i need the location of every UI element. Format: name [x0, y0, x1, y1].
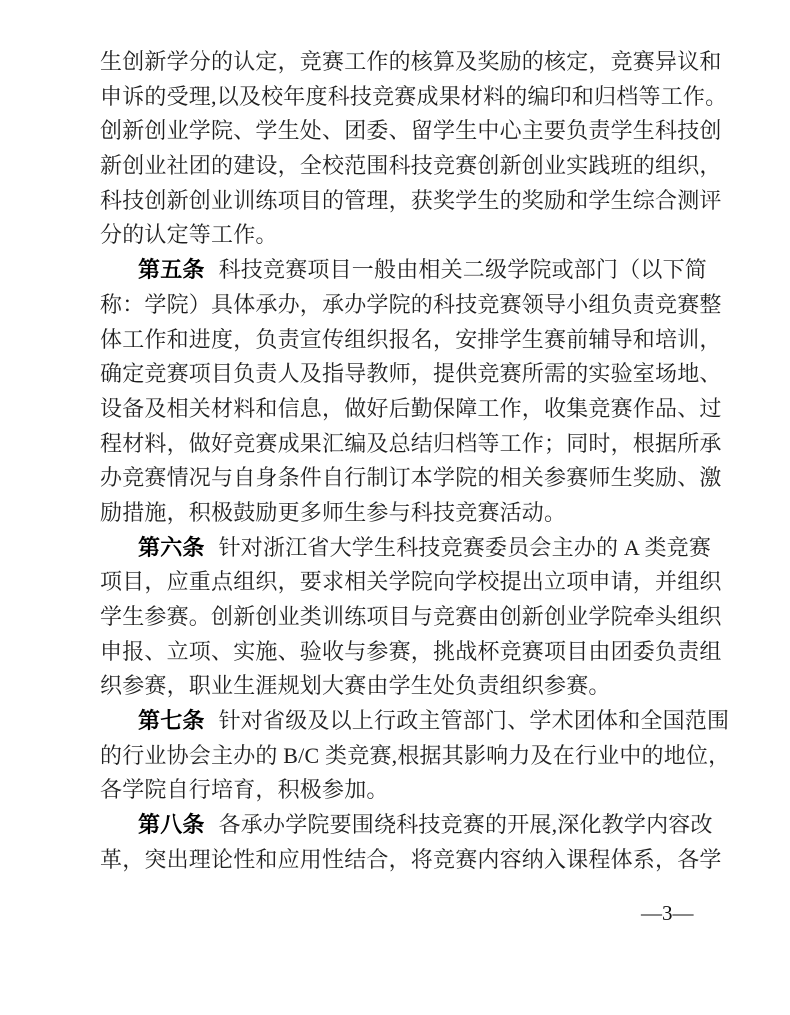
text-line: 各学院自行培育，积极参加。 [100, 773, 744, 808]
text-line: 申报、立项、实施、验收与参赛，挑战杯竞赛项目由团委负责组 [100, 635, 744, 670]
text-line: 励措施，积极鼓励更多师生参与科技竞赛活动。 [100, 496, 744, 531]
text-line: 程材料，做好竞赛成果汇编及总结归档等工作；同时，根据所承 [100, 427, 744, 462]
article-number: 第六条 [138, 535, 205, 560]
text-line: 生创新学分的认定，竞赛工作的核算及奖励的核定，竞赛异议和 [100, 45, 744, 80]
text-line: 确定竞赛项目负责人及指导教师，提供竞赛所需的实验室场地、 [100, 357, 744, 392]
text-line: 学生参赛。创新创业类训练项目与竞赛由创新创业学院牵头组织 [100, 600, 744, 635]
article-number: 第五条 [138, 257, 205, 282]
document-text-block: 生创新学分的认定，竞赛工作的核算及奖励的核定，竞赛异议和 申诉的受理,以及校年度… [100, 45, 744, 878]
text-line-article-5: 第五条科技竞赛项目一般由相关二级学院或部门（以下简 [100, 253, 744, 288]
text-line: 称：学院）具体承办，承办学院的科技竞赛领导小组负责竞赛整 [100, 288, 744, 323]
page-number: —3— [641, 901, 694, 925]
text-line: 办竞赛情况与自身条件自行制订本学院的相关参赛师生奖励、激 [100, 461, 744, 496]
text-line: 革，突出理论性和应用性结合，将竞赛内容纳入课程体系，各学 [100, 843, 744, 878]
text-line: 织参赛，职业生涯规划大赛由学生处负责组织参赛。 [100, 669, 744, 704]
document-page: 生创新学分的认定，竞赛工作的核算及奖励的核定，竞赛异议和 申诉的受理,以及校年度… [0, 0, 790, 1015]
article-number: 第七条 [138, 708, 205, 733]
line-text: 科技竞赛项目一般由相关二级学院或部门（以下简 [219, 257, 707, 282]
text-line-article-6: 第六条针对浙江省大学生科技竞赛委员会主办的 A 类竞赛 [100, 531, 744, 566]
line-text: 针对浙江省大学生科技竞赛委员会主办的 A 类竞赛 [219, 535, 711, 560]
text-line: 设备及相关材料和信息，做好后勤保障工作，收集竞赛作品、过 [100, 392, 744, 427]
text-line: 分的认定等工作。 [100, 218, 744, 253]
text-line: 的行业协会主办的 B/C 类竞赛,根据其影响力及在行业中的地位， [100, 739, 744, 774]
text-line: 体工作和进度，负责宣传组织报名，安排学生赛前辅导和培训， [100, 323, 744, 358]
text-line: 创新创业学院、学生处、团委、留学生中心主要负责学生科技创 [100, 114, 744, 149]
line-text: 各承办学院要围绕科技竞赛的开展,深化教学内容改 [219, 812, 713, 837]
article-number: 第八条 [138, 812, 205, 837]
text-line: 申诉的受理,以及校年度科技竞赛成果材料的编印和归档等工作。 [100, 80, 744, 115]
line-text: 针对省级及以上行政主管部门、学术团体和全国范围 [219, 708, 730, 733]
text-line: 科技创新创业训练项目的管理，获奖学生的奖励和学生综合测评 [100, 184, 744, 219]
text-line: 新创业社团的建设，全校范围科技竞赛创新创业实践班的组织， [100, 149, 744, 184]
text-line: 项目，应重点组织，要求相关学院向学校提出立项申请，并组织 [100, 565, 744, 600]
text-line-article-8: 第八条各承办学院要围绕科技竞赛的开展,深化教学内容改 [100, 808, 744, 843]
text-line-article-7: 第七条针对省级及以上行政主管部门、学术团体和全国范围 [100, 704, 744, 739]
